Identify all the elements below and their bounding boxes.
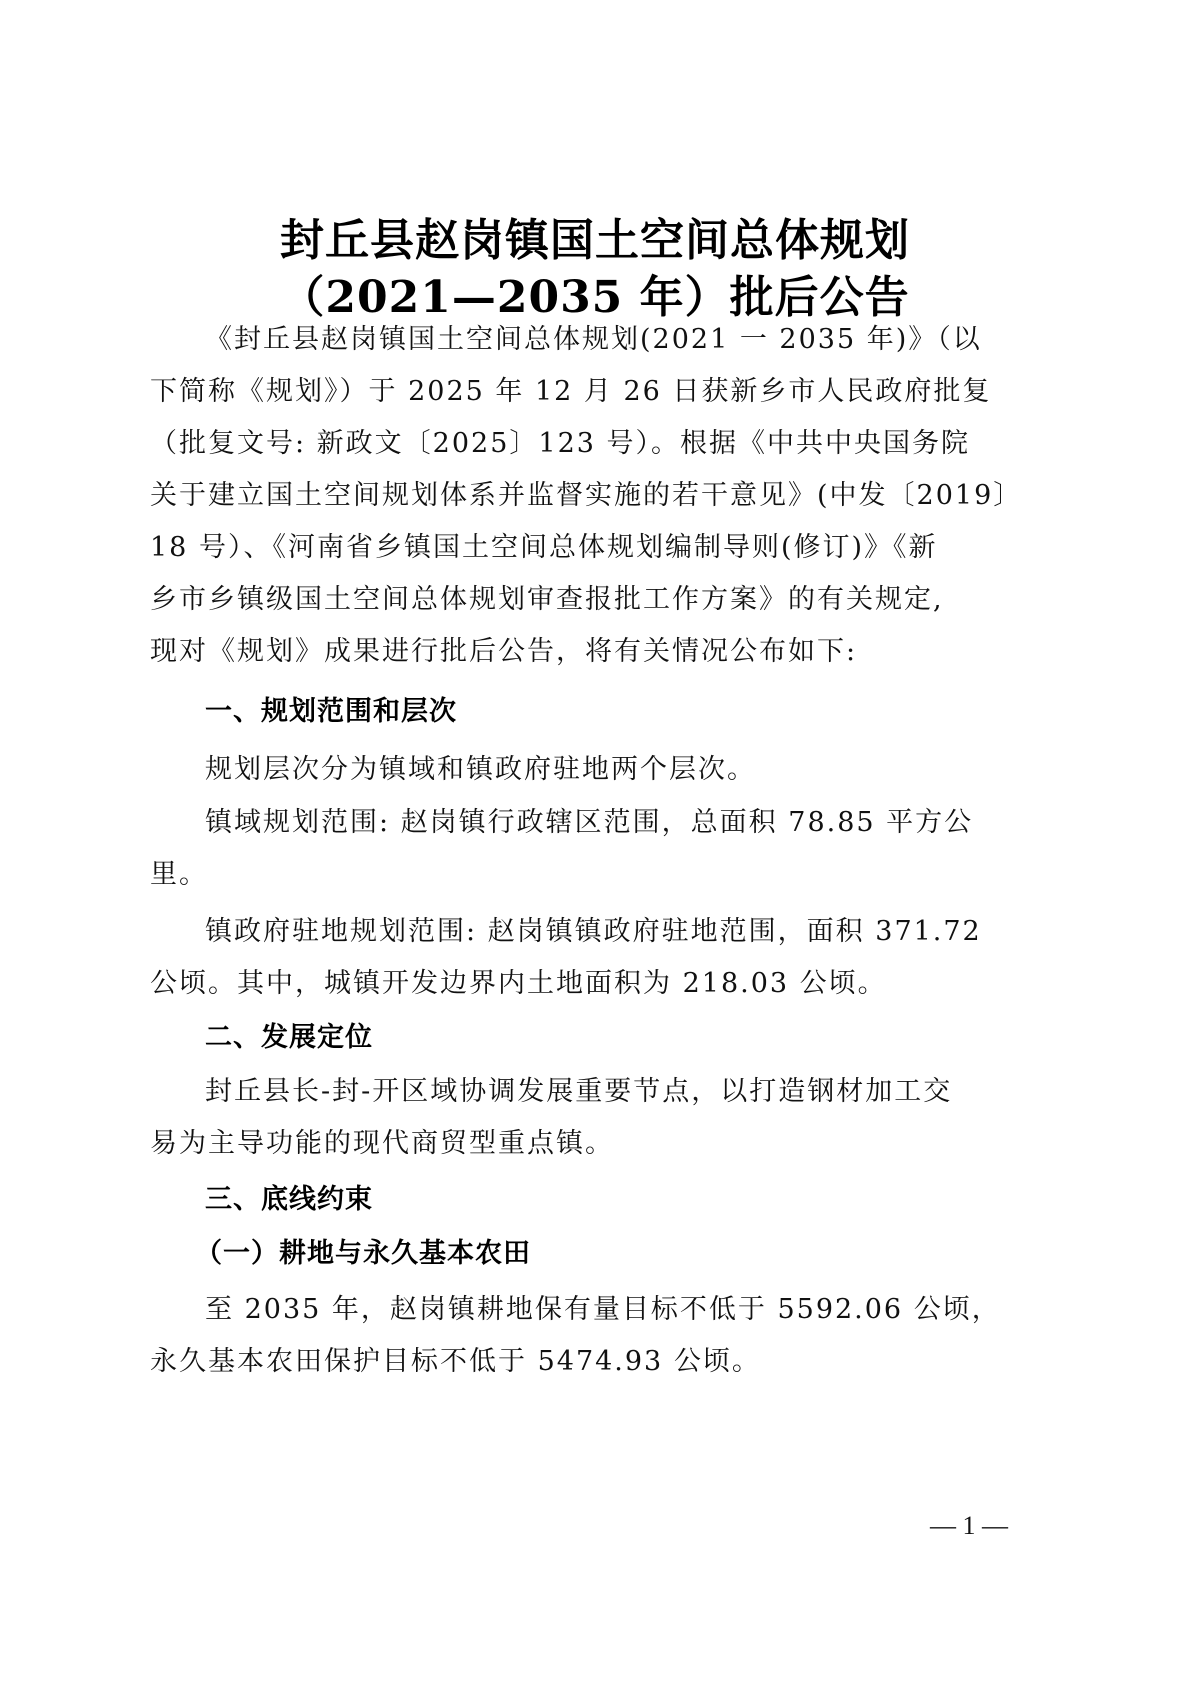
section-line: 镇政府驻地规划范围: 赵岗镇镇政府驻地范围，面积 371.72 [205,912,982,952]
section-heading: 一、规划范围和层次 [205,692,457,732]
section-subheading: （一）耕地与永久基本农田 [195,1234,531,1274]
section-line: 易为主导功能的现代商贸型重点镇。 [150,1124,614,1164]
section-line: 公顷。其中，城镇开发边界内土地面积为 218.03 公顷。 [150,964,887,1004]
intro-line: 现对《规划》成果进行批后公告，将有关情况公布如下: [150,632,857,672]
page-number: — 1 — [930,1506,1008,1546]
section-line: 封丘县长-封-开区域协调发展重要节点，以打造钢材加工交 [205,1072,952,1112]
intro-line: 《封丘县赵岗镇国土空间总体规划(2021 一 2035 年)》（以 [205,320,982,360]
section-line: 镇域规划范围: 赵岗镇行政辖区范围，总面积 78.85 平方公 [205,803,973,843]
intro-line: 关于建立国土空间规划体系并监督实施的若干意见》(中发〔2019〕 [150,476,1022,516]
document-title-line2: （2021—2035 年）批后公告 [0,270,1190,326]
document-title-line1: 封丘县赵岗镇国土空间总体规划 [0,213,1190,269]
section-line: 里。 [150,855,208,895]
intro-line: 下简称《规划》）于 2025 年 12 月 26 日获新乡市人民政府批复 [150,372,991,412]
intro-line: 乡市乡镇级国土空间总体规划审查报批工作方案》的有关规定, [150,580,944,620]
document-page: 封丘县赵岗镇国土空间总体规划 （2021—2035 年）批后公告 《封丘县赵岗镇… [0,0,1190,1683]
section-line: 规划层次分为镇域和镇政府驻地两个层次。 [205,750,756,790]
intro-line: （批复文号: 新政文〔2025〕123 号）。根据《中共中央国务院 [150,424,970,464]
section-line: 永久基本农田保护目标不低于 5474.93 公顷。 [150,1342,761,1382]
section-line: 至 2035 年，赵岗镇耕地保有量目标不低于 5592.06 公顷， [205,1290,1001,1330]
intro-line: 18 号）、《河南省乡镇国土空间总体规划编制导则(修订)》《新 [150,528,938,568]
section-heading: 二、发展定位 [205,1018,373,1058]
section-heading: 三、底线约束 [205,1180,373,1220]
